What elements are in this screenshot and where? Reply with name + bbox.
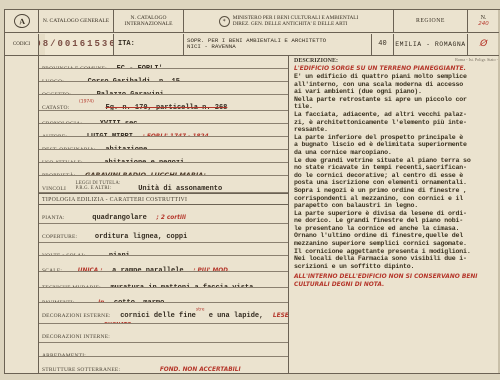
fields-column: PROVINCIA E COMUNE: FC - FORLI' LUOGO: C… [39,56,288,373]
red-mark-cell: Ø [468,34,499,56]
decest-red-sup: stre [196,308,205,313]
n-cell: N. 240 [468,10,499,33]
field-autore: AUTORE: LUIGI MIRRI ; FORLI' 1747 - 1824 [39,124,288,137]
field-arredamenti: ARREDAMENTI: [39,343,288,357]
circled-a-badge: A [13,13,30,28]
field-proprieta: PROPRIETÀ: GARAVINI RADIO, LUCCHI MARIA; [39,163,288,176]
descrizione-text: E' un edificio di quattro piani molto se… [294,73,498,270]
field-strutture-sotterranee: STRUTTURE SOTTERRANEE: FOND. NON ACCERTA… [39,357,288,373]
soprintendenza-number: 40 [372,34,394,56]
codici-label: CODICI [5,34,39,56]
field-luogo: LUOGO: Corso Garibaldi, n. 15 [39,69,288,82]
catalogo-generale-label: N. CATALOGO GENERALE [39,10,114,33]
pianta-red-note: ; 2 cortili [156,215,185,221]
card: A N. CATALOGO GENERALE N. CATALOGO INTER… [4,9,500,374]
field-catasto: CATASTO: (1974) Fg. n. 170, particella n… [39,95,288,111]
field-tecniche-murarie: TECNICHE MURARIE: muratura in mattoni a … [39,272,288,288]
field-coperture: COPERTURE: orditura lignea, coppi TETTO … [39,224,288,243]
ministero-text: MINISTERO PER I BENI CULTURALI E AMBIENT… [233,15,359,27]
ministero-cell: ✶ MINISTERO PER I BENI CULTURALI E AMBIE… [184,10,394,33]
codice-value: 08/00161536 [39,34,114,56]
field-cronologia: CRONOLOGIA: XVIII sec. [39,111,288,124]
n-handwritten-value: 240 [478,21,489,27]
vincoli-sublabels: LEGGI DI TUTELA:P.R.G. E ALTRI: [76,181,121,191]
left-margin-rail [5,56,39,373]
soprintendenza-cell: SOPR. PER I BENI AMBIENTALI E ARCHITETTO… [184,34,372,56]
field-pianta: PIANTA: quadrangolare ; 2 cortili INTERN… [39,205,288,224]
field-uso-attuale: USO ATTUALE: abitazione e negozi [39,150,288,163]
regione-value: EMILIA - ROMAGNA [394,34,468,56]
field-vincoli: VINCOLI LEGGI DI TUTELA:P.R.G. E ALTRI: … [39,176,288,193]
field-provincia: PROVINCIA E COMUNE: FC - FORLI' [39,56,288,69]
regione-label: REGIONE [394,10,468,33]
field-decorazioni-interne: DECORAZIONI INTERNE: SOFFITTO DECORATO [39,324,288,343]
state-emblem-icon: ✶ [219,16,230,27]
printer-imprint: Roma - Ist. Poligr. Stato - [455,57,498,62]
strutture-red-note: FOND. NON ACCERTABILI [160,367,241,373]
ita-value: ITA: [114,34,184,56]
red-slash-mark: Ø [479,39,487,50]
field-pavimenti: PAVIMENTI: in cotto, marmo [39,288,288,303]
decest-red-after: LESENE IN FAC [273,313,288,319]
scanned-catalog-card: A N. CATALOGO GENERALE N. CATALOGO INTER… [0,0,500,380]
descrizione-red-intro: L'EDIFICIO SORGE SU UN TERRENO PIANEGGIA… [294,65,498,72]
catalogo-internazionale-label: N. CATALOGO INTERNAZIONALE [114,10,184,33]
description-column: Roma - Ist. Poligr. Stato - DESCRIZIONE:… [288,56,500,373]
field-decorazioni-esterne: DECORAZIONI ESTERNE: cornici delle fines… [39,303,288,324]
field-volte-solai: VOLTE e SOLAI: piani [39,243,288,256]
field-dest-originaria: DEST. ORIGINARIA: abitazione [39,137,288,150]
catasto-red-year: (1974) [79,100,94,105]
section-tipologia: TIPOLOGIA EDILIZIA - CARATTERI COSTRUTTI… [39,193,288,205]
field-scale: SCALE: UNICA ; a rampe parallele ; PIU' … [39,256,288,272]
field-oggetto: OGGETTO: Palazzo Garavini [39,82,288,95]
corner-letter-cell: A [5,10,39,33]
descrizione-red-note: ALL'INTERNO DELL'EDIFICIO NON SI CONSERV… [294,273,489,289]
card-header: A N. CATALOGO GENERALE N. CATALOGO INTER… [5,10,500,56]
